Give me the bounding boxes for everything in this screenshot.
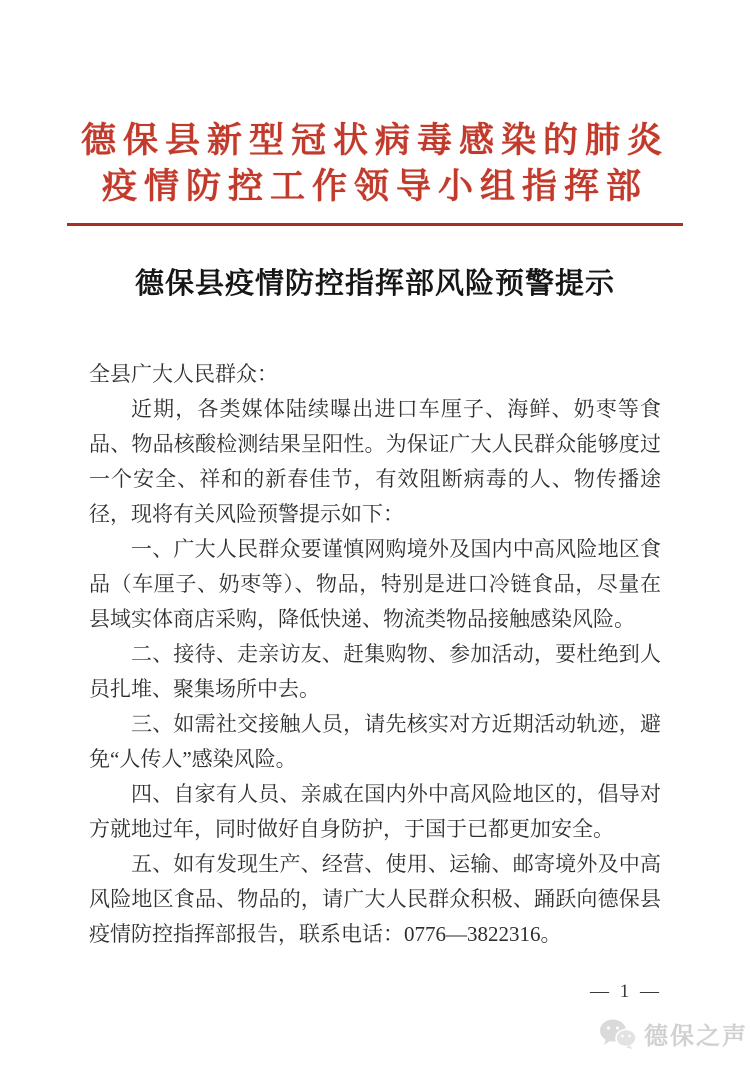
wechat-icon [599,1018,637,1050]
letterhead-line2: 疫情防控工作领导小组指挥部 [0,164,750,210]
body-paragraph: 三、如需社交接触人员，请先核实对方近期活动轨迹，避免“人传人”感染风险。 [89,707,661,777]
body-paragraph: 五、如有发现生产、经营、使用、运输、邮寄境外及中高风险地区食品、物品的，请广大人… [89,847,661,952]
document-body: 全县广大人民群众： 近期，各类媒体陆续曝出进口车厘子、海鲜、奶枣等食品、物品核酸… [89,357,661,952]
letterhead: 德保县新型冠状病毒感染的肺炎 疫情防控工作领导小组指挥部 [0,0,750,210]
letterhead-line1: 德保县新型冠状病毒感染的肺炎 [0,118,750,164]
watermark: 德保之声 [599,1016,748,1051]
document-title: 德保县疫情防控指挥部风险预警提示 [0,267,750,301]
watermark-label: 德保之声 [644,1016,748,1051]
letterhead-divider [67,223,683,226]
body-paragraph: 一、广大人民群众要谨慎网购境外及国内中高风险地区食品（车厘子、奶枣等）、物品，特… [89,532,661,637]
page-number: — 1 — [590,981,662,1003]
body-paragraph: 四、自家有人员、亲戚在国内外中高风险地区的，倡导对方就地过年，同时做好自身防护，… [89,777,661,847]
salutation: 全县广大人民群众： [89,357,661,392]
body-paragraph: 近期，各类媒体陆续曝出进口车厘子、海鲜、奶枣等食品、物品核酸检测结果呈阳性。为保… [89,392,661,532]
body-paragraph: 二、接待、走亲访友、赶集购物、参加活动，要杜绝到人员扎堆、聚集场所中去。 [89,637,661,707]
document-page: 德保县新型冠状病毒感染的肺炎 疫情防控工作领导小组指挥部 德保县疫情防控指挥部风… [0,0,750,1069]
